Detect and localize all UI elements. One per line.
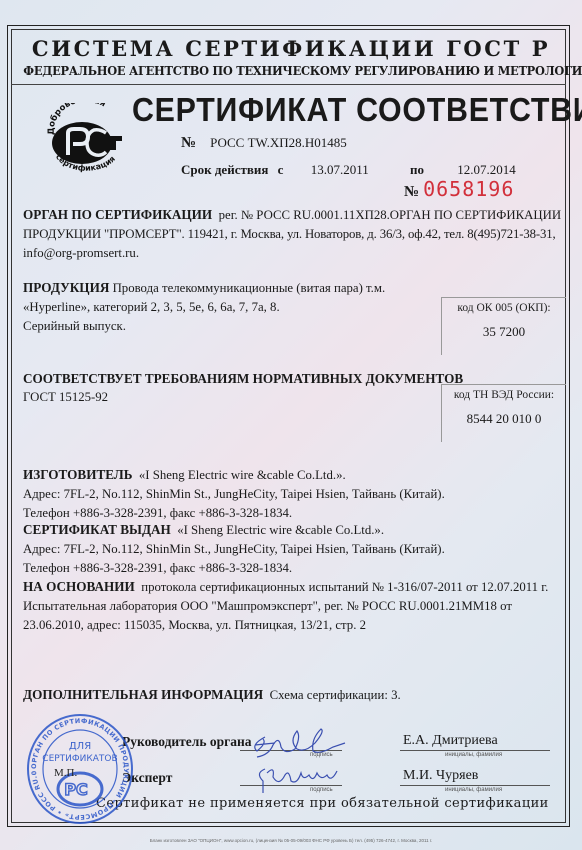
manufacturer-line: «I Sheng Electric wire &cable Co.Ltd.».: [139, 468, 346, 482]
handwritten-signatures-icon: [245, 725, 355, 800]
issued-to-line: Телефон +886-3-328-2391, факс +886-3-328…: [23, 559, 445, 578]
svg-text:ДЛЯ: ДЛЯ: [69, 741, 91, 752]
valid-from-date: 13.07.2011: [311, 162, 369, 177]
seal-label: М.П.: [54, 767, 77, 779]
validity-label: Срок действия: [181, 162, 268, 177]
serial-number: №0658196: [404, 177, 514, 202]
product-line: Серийный выпуск.: [23, 317, 385, 336]
certification-body-line: info@org-promsert.ru.: [23, 244, 561, 263]
issued-to-line: «I Sheng Electric wire &cable Co.Ltd.».: [177, 523, 384, 537]
manufacturer-line: Адрес: 7FL-2, No.112, ShinMin St., JungH…: [23, 485, 445, 504]
certificate-number-value: РОСС TW.ХП28.Н01485: [210, 135, 347, 150]
basis-line: протокола сертификационных испытаний № 1…: [141, 580, 548, 594]
product-label: ПРОДУКЦИЯ: [23, 280, 109, 295]
basis-section: НА ОСНОВАНИИ протокола сертификационных …: [23, 577, 548, 635]
okp-code-box: код ОК 005 (ОКП): 35 7200: [441, 297, 566, 355]
printer-note: Бланк изготовлен ЗАО "ОПЦИОН", www.opcio…: [0, 838, 582, 843]
issued-to-label: СЕРТИФИКАТ ВЫДАН: [23, 522, 171, 537]
certification-stamp-icon: ОРГАН ПО СЕРТИФИКАЦИИ ПРОДУКЦИИ «ПРОМСЕР…: [26, 713, 134, 825]
expert-name-line: [400, 785, 550, 786]
basis-line: 23.06.2010, адрес: 115035, Москва, ул. П…: [23, 616, 548, 635]
conformity-label: СООТВЕТСТВУЕТ ТРЕБОВАНИЯМ НОРМАТИВНЫХ ДО…: [23, 369, 463, 388]
issued-to-section: СЕРТИФИКАТ ВЫДАН «I Sheng Electric wire …: [23, 520, 445, 578]
svg-text:СЕРТИФИКАТОВ: СЕРТИФИКАТОВ: [42, 754, 117, 764]
additional-info-label: ДОПОЛНИТЕЛЬНАЯ ИНФОРМАЦИЯ: [23, 687, 263, 702]
tnved-code-value: 8544 20 010 0: [442, 411, 566, 427]
agency-name: ФЕДЕРАЛЬНОЕ АГЕНТСТВО ПО ТЕХНИЧЕСКОМУ РЕ…: [23, 63, 558, 78]
head-name-caption: инициалы, фамилия: [445, 752, 502, 758]
product-section: ПРОДУКЦИЯ Провода телекоммуникационные (…: [23, 278, 385, 336]
rst-logo-icon: Добровольная сертификация: [44, 103, 126, 175]
valid-to-label: по: [410, 162, 424, 177]
expert-name-caption: инициалы, фамилия: [445, 787, 502, 793]
document-title: СЕРТИФИКАТ СООТВЕТСТВИЯ: [132, 91, 582, 129]
serial-number-value: 0658196: [423, 177, 514, 201]
head-name-line: [400, 750, 550, 751]
basis-label: НА ОСНОВАНИИ: [23, 579, 135, 594]
number-symbol: №: [181, 135, 196, 151]
header-divider: [11, 84, 566, 85]
tnved-code-box: код ТН ВЭД России: 8544 20 010 0: [441, 384, 566, 442]
serial-symbol: №: [404, 184, 419, 200]
tnved-code-label: код ТН ВЭД России:: [442, 389, 566, 401]
issued-to-line: Адрес: 7FL-2, No.112, ShinMin St., JungH…: [23, 540, 445, 559]
validity-period: Срок действия с 13.07.2011 по 12.07.2014: [181, 162, 516, 178]
okp-code-value: 35 7200: [442, 324, 566, 340]
certification-body-label: ОРГАН ПО СЕРТИФИКАЦИИ: [23, 207, 212, 222]
system-title: СИСТЕМА СЕРТИФИКАЦИИ ГОСТ Р: [0, 36, 582, 61]
conformity-line: ГОСТ 15125-92: [23, 388, 463, 407]
certification-body-line: ПРОДУКЦИИ "ПРОМСЕРТ". 119421, г. Москва,…: [23, 225, 561, 244]
valid-from-label: с: [278, 162, 284, 177]
product-line: Провода телекоммуникационные (витая пара…: [113, 281, 386, 295]
product-line: «Hyperline», категорий 2, 3, 5, 5е, 6, 6…: [23, 298, 385, 317]
manufacturer-label: ИЗГОТОВИТЕЛЬ: [23, 467, 132, 482]
okp-code-label: код ОК 005 (ОКП):: [442, 302, 566, 314]
svg-text:PC: PC: [64, 780, 87, 799]
head-role-label: Руководитель органа: [122, 732, 252, 751]
manufacturer-section: ИЗГОТОВИТЕЛЬ «I Sheng Electric wire &cab…: [23, 465, 445, 523]
basis-line: Испытательная лаборатория ООО "Машпромэк…: [23, 597, 548, 616]
certificate-number: №РОСС TW.ХП28.Н01485: [181, 135, 347, 152]
head-name: Е.А. Дмитриева: [403, 731, 498, 750]
conformity-section: СООТВЕТСТВУЕТ ТРЕБОВАНИЯМ НОРМАТИВНЫХ ДО…: [23, 369, 463, 407]
certification-body-section: ОРГАН ПО СЕРТИФИКАЦИИ рег. № РОСС RU.000…: [23, 205, 561, 263]
additional-info-section: ДОПОЛНИТЕЛЬНАЯ ИНФОРМАЦИЯ Схема сертифик…: [23, 685, 401, 705]
certification-body-line: рег. № РОСС RU.0001.11ХП28.ОРГАН ПО СЕРТ…: [219, 208, 561, 222]
expert-name: М.И. Чуряев: [403, 766, 478, 785]
valid-to-date: 12.07.2014: [457, 162, 516, 177]
additional-info-text: Схема сертификации: 3.: [270, 688, 401, 702]
